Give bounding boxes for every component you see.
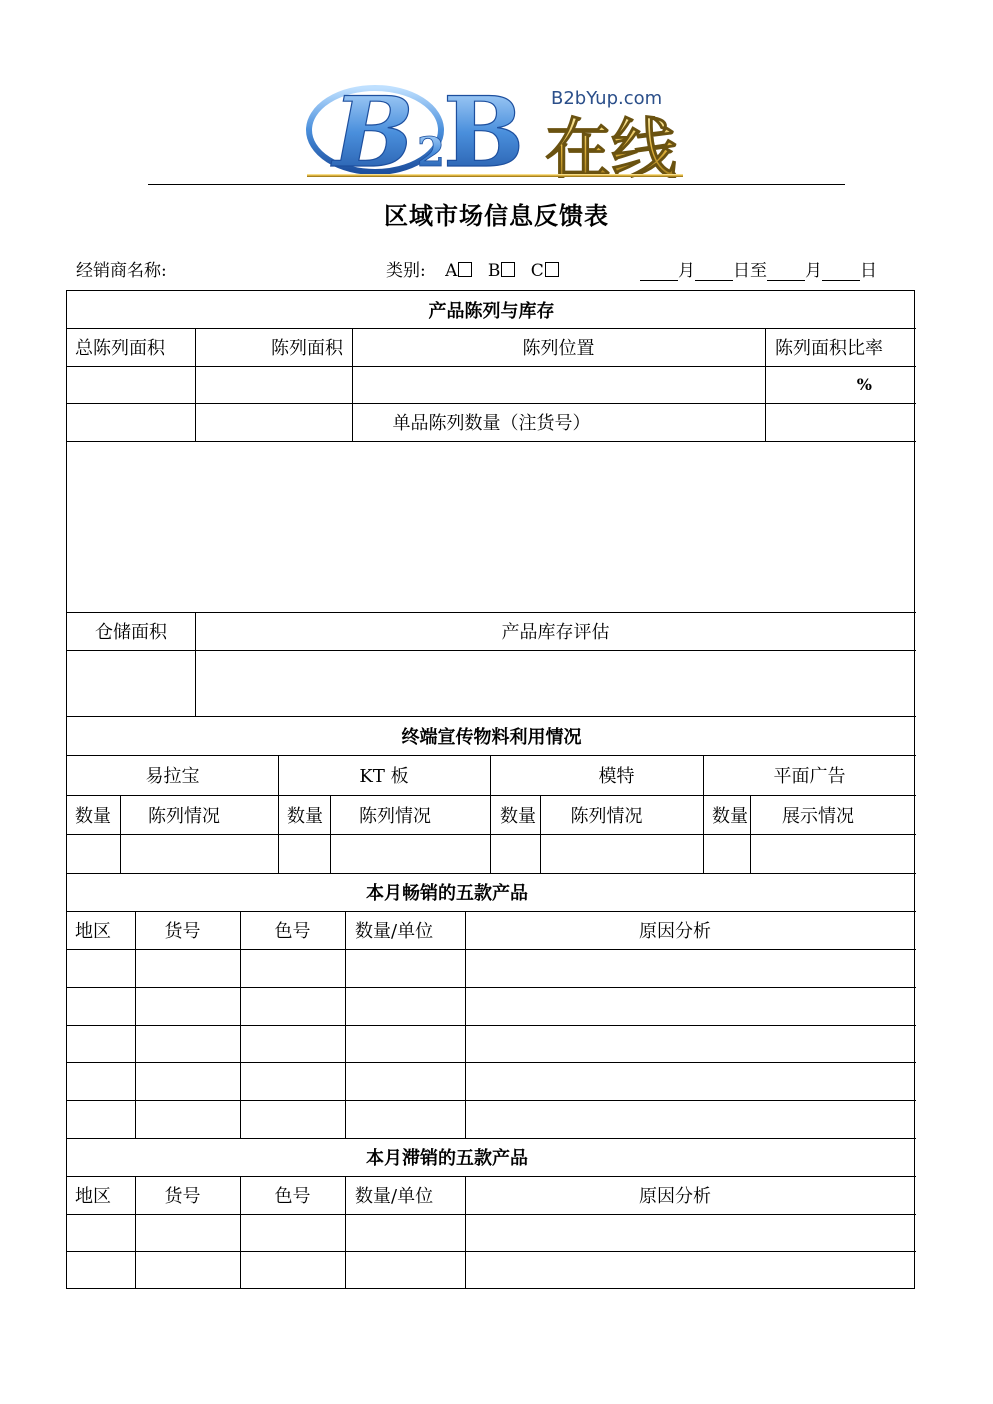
svg-text:2: 2 — [417, 129, 445, 176]
month-label: 月 — [805, 261, 822, 281]
category-c-label: C — [531, 261, 544, 281]
rollup-quantity-input[interactable] — [67, 834, 120, 873]
end-day-blank[interactable] — [822, 264, 860, 281]
total-display-area-input[interactable] — [67, 366, 195, 403]
section-title-promo-materials: 终端宣传物料利用情况 — [67, 716, 916, 755]
mannequin-display-input[interactable] — [540, 834, 703, 873]
kt-display-input[interactable] — [330, 834, 490, 873]
promo-quantity-header: 数量 — [500, 795, 540, 834]
print-ad-quantity-input[interactable] — [703, 834, 750, 873]
promo-display-status-header: 陈列情况 — [330, 795, 490, 834]
dealer-name-label: 经销商名称: — [76, 256, 167, 281]
header-total-display-area: 总陈列面积 — [75, 328, 195, 366]
page-title: 区域市场信息反馈表 — [0, 196, 993, 231]
header-display-area: 陈列面积 — [195, 328, 343, 366]
inventory-assessment-input[interactable] — [195, 650, 916, 716]
month-label: 月 — [678, 261, 695, 281]
logo-graphic: B 2 B B2bYup.com 在线 — [305, 78, 685, 178]
promo-display-status-header: 陈列情况 — [540, 795, 703, 834]
header-divider — [148, 184, 845, 185]
svg-text:在线: 在线 — [545, 111, 678, 178]
promo-display-status-header: 陈列情况 — [120, 795, 278, 834]
section-title-best-sellers: 本月畅销的五款产品 — [67, 873, 827, 911]
category-label: 类别: — [386, 261, 426, 281]
svg-text:B: B — [443, 78, 524, 178]
category-field: 类别: A B C — [386, 256, 559, 281]
promo-group-mannequin: 模特 — [490, 755, 703, 795]
category-a-label: A — [445, 261, 457, 281]
slow-sellers-rows[interactable] — [67, 1214, 916, 1289]
header-region: 地区 — [75, 1176, 135, 1214]
category-b-label: B — [488, 261, 501, 281]
promo-quantity-header: 数量 — [75, 795, 120, 834]
print-ad-display-input[interactable] — [750, 834, 916, 873]
header-item-number: 货号 — [135, 911, 240, 949]
day-to-label: 日至 — [733, 261, 767, 281]
promo-group-rollup-banner: 易拉宝 — [67, 755, 278, 795]
header-item-number: 货号 — [135, 1176, 240, 1214]
promo-group-kt-board: KT 板 — [278, 755, 490, 795]
promo-quantity-header: 数量 — [712, 795, 750, 834]
header-region: 地区 — [75, 911, 135, 949]
display-position-input[interactable] — [352, 366, 765, 403]
header-reason-analysis: 原因分析 — [465, 1176, 885, 1214]
header-quantity-unit: 数量/单位 — [355, 1176, 465, 1214]
category-c-checkbox[interactable] — [545, 262, 559, 277]
header-inventory-assessment: 产品库存评估 — [195, 612, 916, 650]
svg-text:B2bYup.com: B2bYup.com — [551, 88, 662, 109]
best-sellers-rows[interactable] — [67, 949, 916, 1138]
storage-area-input[interactable] — [67, 650, 195, 716]
header-color-code: 色号 — [240, 911, 345, 949]
start-month-blank[interactable] — [640, 264, 678, 281]
display-ratio-input[interactable]: % — [765, 366, 916, 403]
section-title-slow-sellers: 本月滞销的五款产品 — [67, 1138, 827, 1176]
header-display-position: 陈列位置 — [352, 328, 765, 366]
start-day-blank[interactable] — [695, 264, 733, 281]
header-reason-analysis: 原因分析 — [465, 911, 885, 949]
header-storage-area: 仓储面积 — [67, 612, 195, 650]
promo-group-print-ad: 平面广告 — [703, 755, 916, 795]
single-display-quantity-title: 单品陈列数量（注货号） — [67, 403, 916, 441]
kt-quantity-input[interactable] — [278, 834, 330, 873]
category-b-checkbox[interactable] — [501, 262, 515, 277]
b2b-logo: B 2 B B2bYup.com 在线 — [305, 78, 685, 178]
promo-quantity-header: 数量 — [287, 795, 330, 834]
header-display-area-ratio: 陈列面积比率 — [775, 328, 915, 366]
section-title-display-inventory: 产品陈列与库存 — [67, 291, 916, 328]
header-quantity-unit: 数量/单位 — [355, 911, 465, 949]
category-a-checkbox[interactable] — [458, 262, 472, 277]
mannequin-quantity-input[interactable] — [490, 834, 540, 873]
date-range-field: 月日至月日 — [640, 256, 877, 281]
header-color-code: 色号 — [240, 1176, 345, 1214]
rollup-display-input[interactable] — [120, 834, 278, 873]
day-label: 日 — [860, 261, 877, 281]
end-month-blank[interactable] — [767, 264, 805, 281]
promo-show-status-header: 展示情况 — [750, 795, 916, 834]
feedback-form-table: 产品陈列与库存 总陈列面积 陈列面积 陈列位置 陈列面积比率 % 单品陈列数量（… — [66, 290, 915, 1289]
svg-text:B: B — [330, 78, 414, 178]
display-area-input[interactable] — [195, 366, 352, 403]
single-display-quantity-input[interactable] — [67, 441, 916, 612]
